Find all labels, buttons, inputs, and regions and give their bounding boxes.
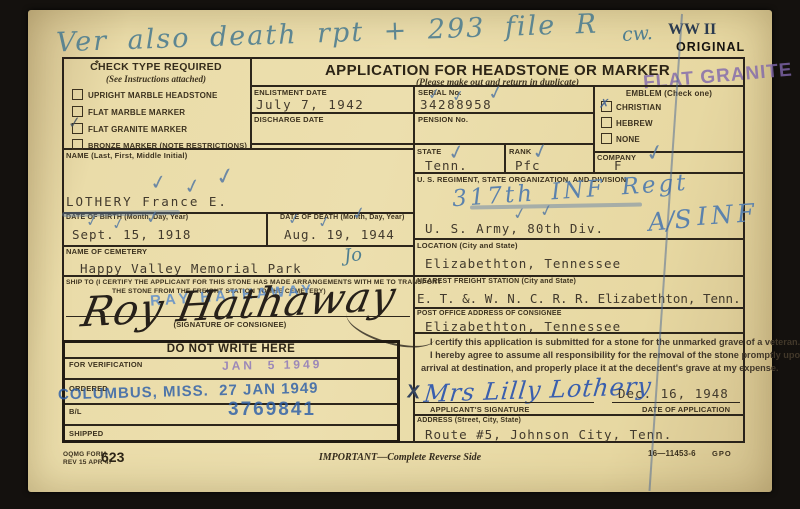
discharge-date-label: DISCHARGE DATE <box>254 115 324 124</box>
rule <box>504 143 506 172</box>
cemetery-label: NAME OF CEMETERY <box>66 247 147 256</box>
certification-line2: I hereby agree to assume all responsibil… <box>430 350 800 360</box>
cemetery-value: Happy Valley Memorial Park <box>80 261 302 276</box>
check-option-label: UPRIGHT MARBLE HEADSTONE <box>88 91 218 100</box>
checkbox-upright-marble-icon[interactable] <box>72 89 83 100</box>
checkbox-bronze-icon[interactable] <box>72 139 83 150</box>
regiment-value: U. S. Army, 80th Div. <box>425 221 604 236</box>
checkmark-icon: ✓ <box>287 211 302 228</box>
handwritten-inf-note: INF <box>696 198 759 231</box>
verification-date-stamp: JAN 5 1949 <box>222 357 323 373</box>
po-address-value: Elizabethton, Tennessee <box>425 319 621 334</box>
name-value: LOTHERY France E. <box>66 194 228 209</box>
emblem-option-label: HEBREW <box>616 119 653 128</box>
consignee-signature-label: (SIGNATURE OF CONSIGNEE) <box>120 320 340 329</box>
checkmark-icon: ✓ <box>85 213 100 230</box>
checkmark-icon: ✓ <box>427 86 442 103</box>
rule <box>65 424 397 426</box>
freight-station-value: E. T. &. W. N. C. R. R. Elizabethton, Te… <box>417 291 741 306</box>
form-number: 623 <box>101 449 124 465</box>
x-mark-icon: ✗ <box>599 98 611 112</box>
emblem-option-label: NONE <box>616 135 640 144</box>
certification-line3: arrival at destination, and properly pla… <box>421 363 779 373</box>
check-option-label: FLAT MARBLE MARKER <box>88 108 185 117</box>
check-type-subtitle: (See Instructions attached) <box>62 74 250 84</box>
bl-number-stamp: 3769841 <box>228 399 316 421</box>
name-label: NAME (Last, First, Middle Initial) <box>66 151 187 160</box>
certification-line1: I certify this application is submitted … <box>430 337 800 347</box>
po-address-label: POST OFFICE ADDRESS OF CONSIGNEE <box>417 310 562 317</box>
rule <box>250 112 593 114</box>
checkmark-icon: ✓ <box>148 171 168 194</box>
gpo-label: GPO <box>712 449 732 458</box>
checkmark-icon: ✓ <box>67 114 82 131</box>
rule <box>65 378 397 380</box>
state-label: STATE <box>417 147 441 156</box>
rule <box>413 414 745 416</box>
application-date-value: Dec. 16, 1948 <box>618 386 729 401</box>
for-verification-label: FOR VERIFICATION <box>69 360 142 369</box>
shipped-label: SHIPPED <box>69 429 103 438</box>
handwritten-jo-note: Jo <box>343 244 363 267</box>
emblem-title: EMBLEM (Check one) <box>593 89 745 98</box>
do-not-write-title: DO NOT WRITE HERE <box>62 343 400 355</box>
handwritten-as-note: A/S <box>647 204 693 237</box>
rule <box>414 402 594 403</box>
pension-no-label: PENSION No. <box>418 115 468 124</box>
dod-value: Aug. 19, 1944 <box>284 227 395 242</box>
enlistment-date-label: ENLISTMENT DATE <box>254 88 327 97</box>
rule <box>413 307 745 309</box>
scanned-document: Ver also death rpt + 293 file R cw. WW I… <box>0 0 800 509</box>
location-label: LOCATION (City and State) <box>417 241 518 250</box>
company-value: F <box>614 158 622 173</box>
rule <box>66 316 410 317</box>
form-title: APPLICATION FOR HEADSTONE OR MARKER <box>250 62 745 79</box>
rule <box>266 212 268 245</box>
bl-label: B/L <box>69 407 82 416</box>
rule <box>413 238 745 240</box>
checkbox-hebrew-icon[interactable] <box>601 117 612 128</box>
rule <box>612 402 740 403</box>
form-name: OQMG FORM <box>63 451 106 458</box>
location-value: Elizabethton, Tennessee <box>425 256 621 271</box>
rule <box>593 151 595 172</box>
applicant-signature-label: APPLICANT'S SIGNATURE <box>430 405 530 414</box>
original-label: ORIGINAL <box>676 40 745 54</box>
ww2-note: WW II <box>668 21 716 39</box>
check-type-title: CHECK TYPE REQUIRED <box>62 61 250 73</box>
important-note: IMPORTANT—Complete Reverse Side <box>280 452 520 463</box>
checkbox-none-icon[interactable] <box>601 133 612 144</box>
emblem-option-label: CHRISTIAN <box>616 103 661 112</box>
checkmark-icon: ✓ <box>451 88 466 105</box>
check-option-label: FLAT GRANITE MARKER <box>88 125 187 134</box>
address-label: ADDRESS (Street, City, State) <box>417 417 521 424</box>
print-code: 16—11453-6 <box>648 449 696 458</box>
handwritten-cw-note: cw. <box>621 22 653 46</box>
rank-label: RANK <box>509 147 531 156</box>
enlistment-date-value: July 7, 1942 <box>256 97 364 112</box>
check-option-label: BRONZE MARKER (NOTE RESTRICTIONS) <box>88 141 247 150</box>
address-value: Route #5, Johnson City, Tenn. <box>425 427 672 442</box>
